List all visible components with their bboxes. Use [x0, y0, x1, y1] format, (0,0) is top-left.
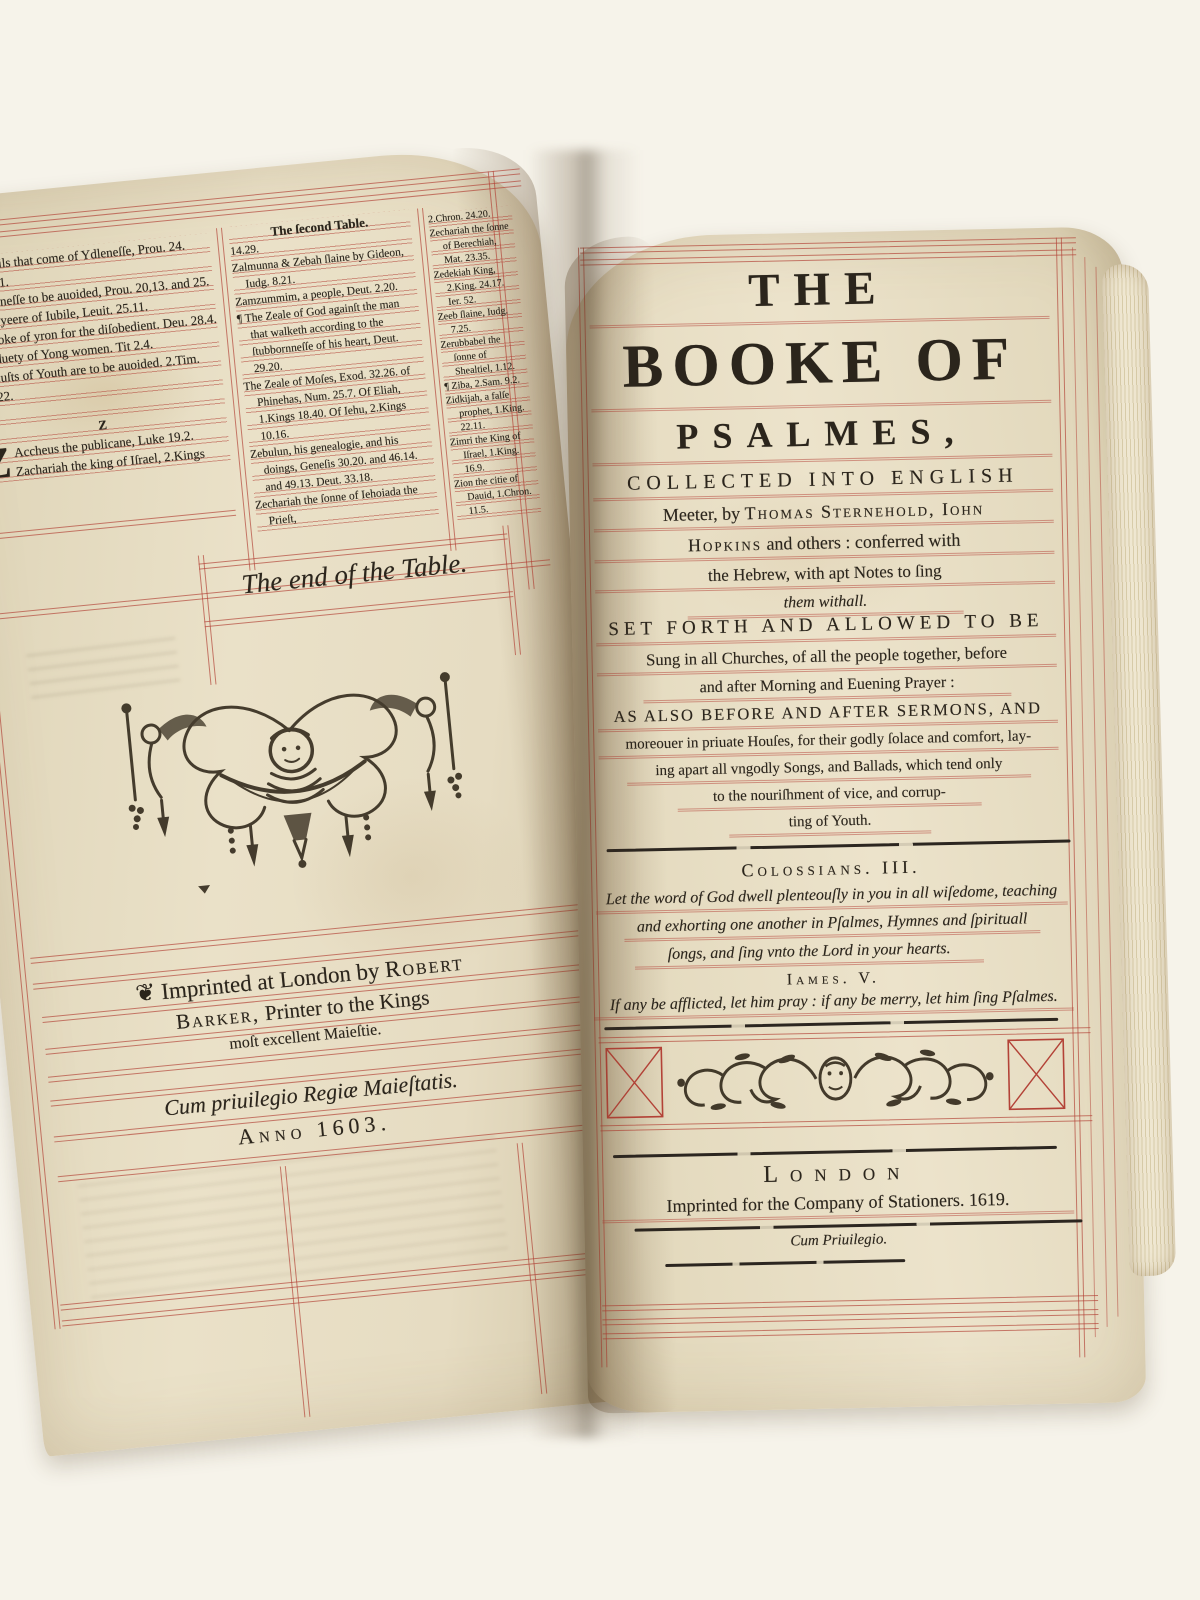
collected-block: COLLECTED INTO ENGLISH Meeter, by Thomas…	[593, 464, 1056, 627]
privilege-line: Cum Priuilegio.	[609, 1228, 1069, 1255]
colossians-line-2: and exhorting one another in Pſalmes, Hy…	[624, 910, 1040, 942]
colossians-line-3: ſongs, and ſing vnto the Lord in your he…	[634, 939, 984, 969]
author-names: Thomas Sternehold, Iohn	[744, 498, 984, 523]
as-also-line-3: ing apart all vngodly Songs, and Ballads…	[626, 755, 1031, 785]
set-forth-line-3: and after Morning and Euening Prayer :	[643, 673, 1011, 704]
tailpiece-woodcut-ornament-icon	[83, 653, 506, 905]
as-also-line-4: to the nouriſhment of vice, and corrup-	[678, 783, 982, 811]
title-block: THE BOOKE OF PSALMES,	[588, 258, 1052, 472]
collected-line-2: Meeter, by Thomas Sternehold, Iohn	[593, 497, 1053, 533]
title-line-3: PSALMES,	[592, 408, 1053, 467]
set-forth-line-2: Sung in all Churches, of all the people …	[596, 642, 1056, 677]
index-columns: The euils that come of Ydleneſſe, Prou. …	[0, 199, 544, 595]
red-rule	[602, 1309, 1098, 1325]
photo-of-open-book: The euils that come of Ydleneſſe, Prou. …	[0, 0, 1200, 1600]
red-rule	[280, 1166, 311, 1417]
set-forth-block: SET FORTH AND ALLOWED TO BE Sung in all …	[596, 610, 1058, 710]
collected-line-3-rest: and others : conferred with	[762, 530, 961, 554]
fleuron-icon: ❦	[134, 978, 157, 1008]
right-page: THE BOOKE OF PSALMES, COLLECTED INTO ENG…	[564, 226, 1147, 1413]
index-col2: The ſecond Table. 14.29. Zalmunna & Zeba…	[228, 209, 439, 531]
gutter-shadow	[528, 150, 640, 1438]
title-line-2: BOOKE OF	[590, 324, 1052, 413]
index-col1: The euils that come of Ydleneſſe, Prou. …	[0, 233, 231, 484]
title-line-1: THE	[588, 258, 1049, 329]
red-rule	[602, 1295, 1098, 1311]
colossians-block: Let the word of God dwell plenteouſly in…	[595, 882, 1069, 976]
woodcut-band-ornament-icon	[671, 1039, 1000, 1118]
collected-line-3: Hopkins and others : conferred with	[594, 528, 1054, 564]
imprint-city: London	[607, 1156, 1067, 1193]
red-rule	[1084, 257, 1107, 1327]
author-name-hopkins: Hopkins	[688, 534, 762, 556]
as-also-block: AS ALSO BEFORE AND AFTER SERMONS, AND mo…	[598, 698, 1061, 846]
collected-line-4: the Hebrew, with apt Notes to ſing	[595, 559, 1055, 594]
colossians-header: Colossians. III.	[601, 854, 1061, 885]
as-also-line-5: ting of Youth.	[729, 811, 932, 837]
collected-line-2-pre: Meeter, by	[663, 503, 745, 525]
x-panel-icon	[1007, 1038, 1066, 1111]
red-rule	[603, 1323, 1099, 1339]
black-rule	[665, 1259, 905, 1267]
as-also-line-2: moreouer in priuate Houſes, for their go…	[598, 728, 1058, 760]
ornament-band-row	[605, 1038, 1066, 1120]
